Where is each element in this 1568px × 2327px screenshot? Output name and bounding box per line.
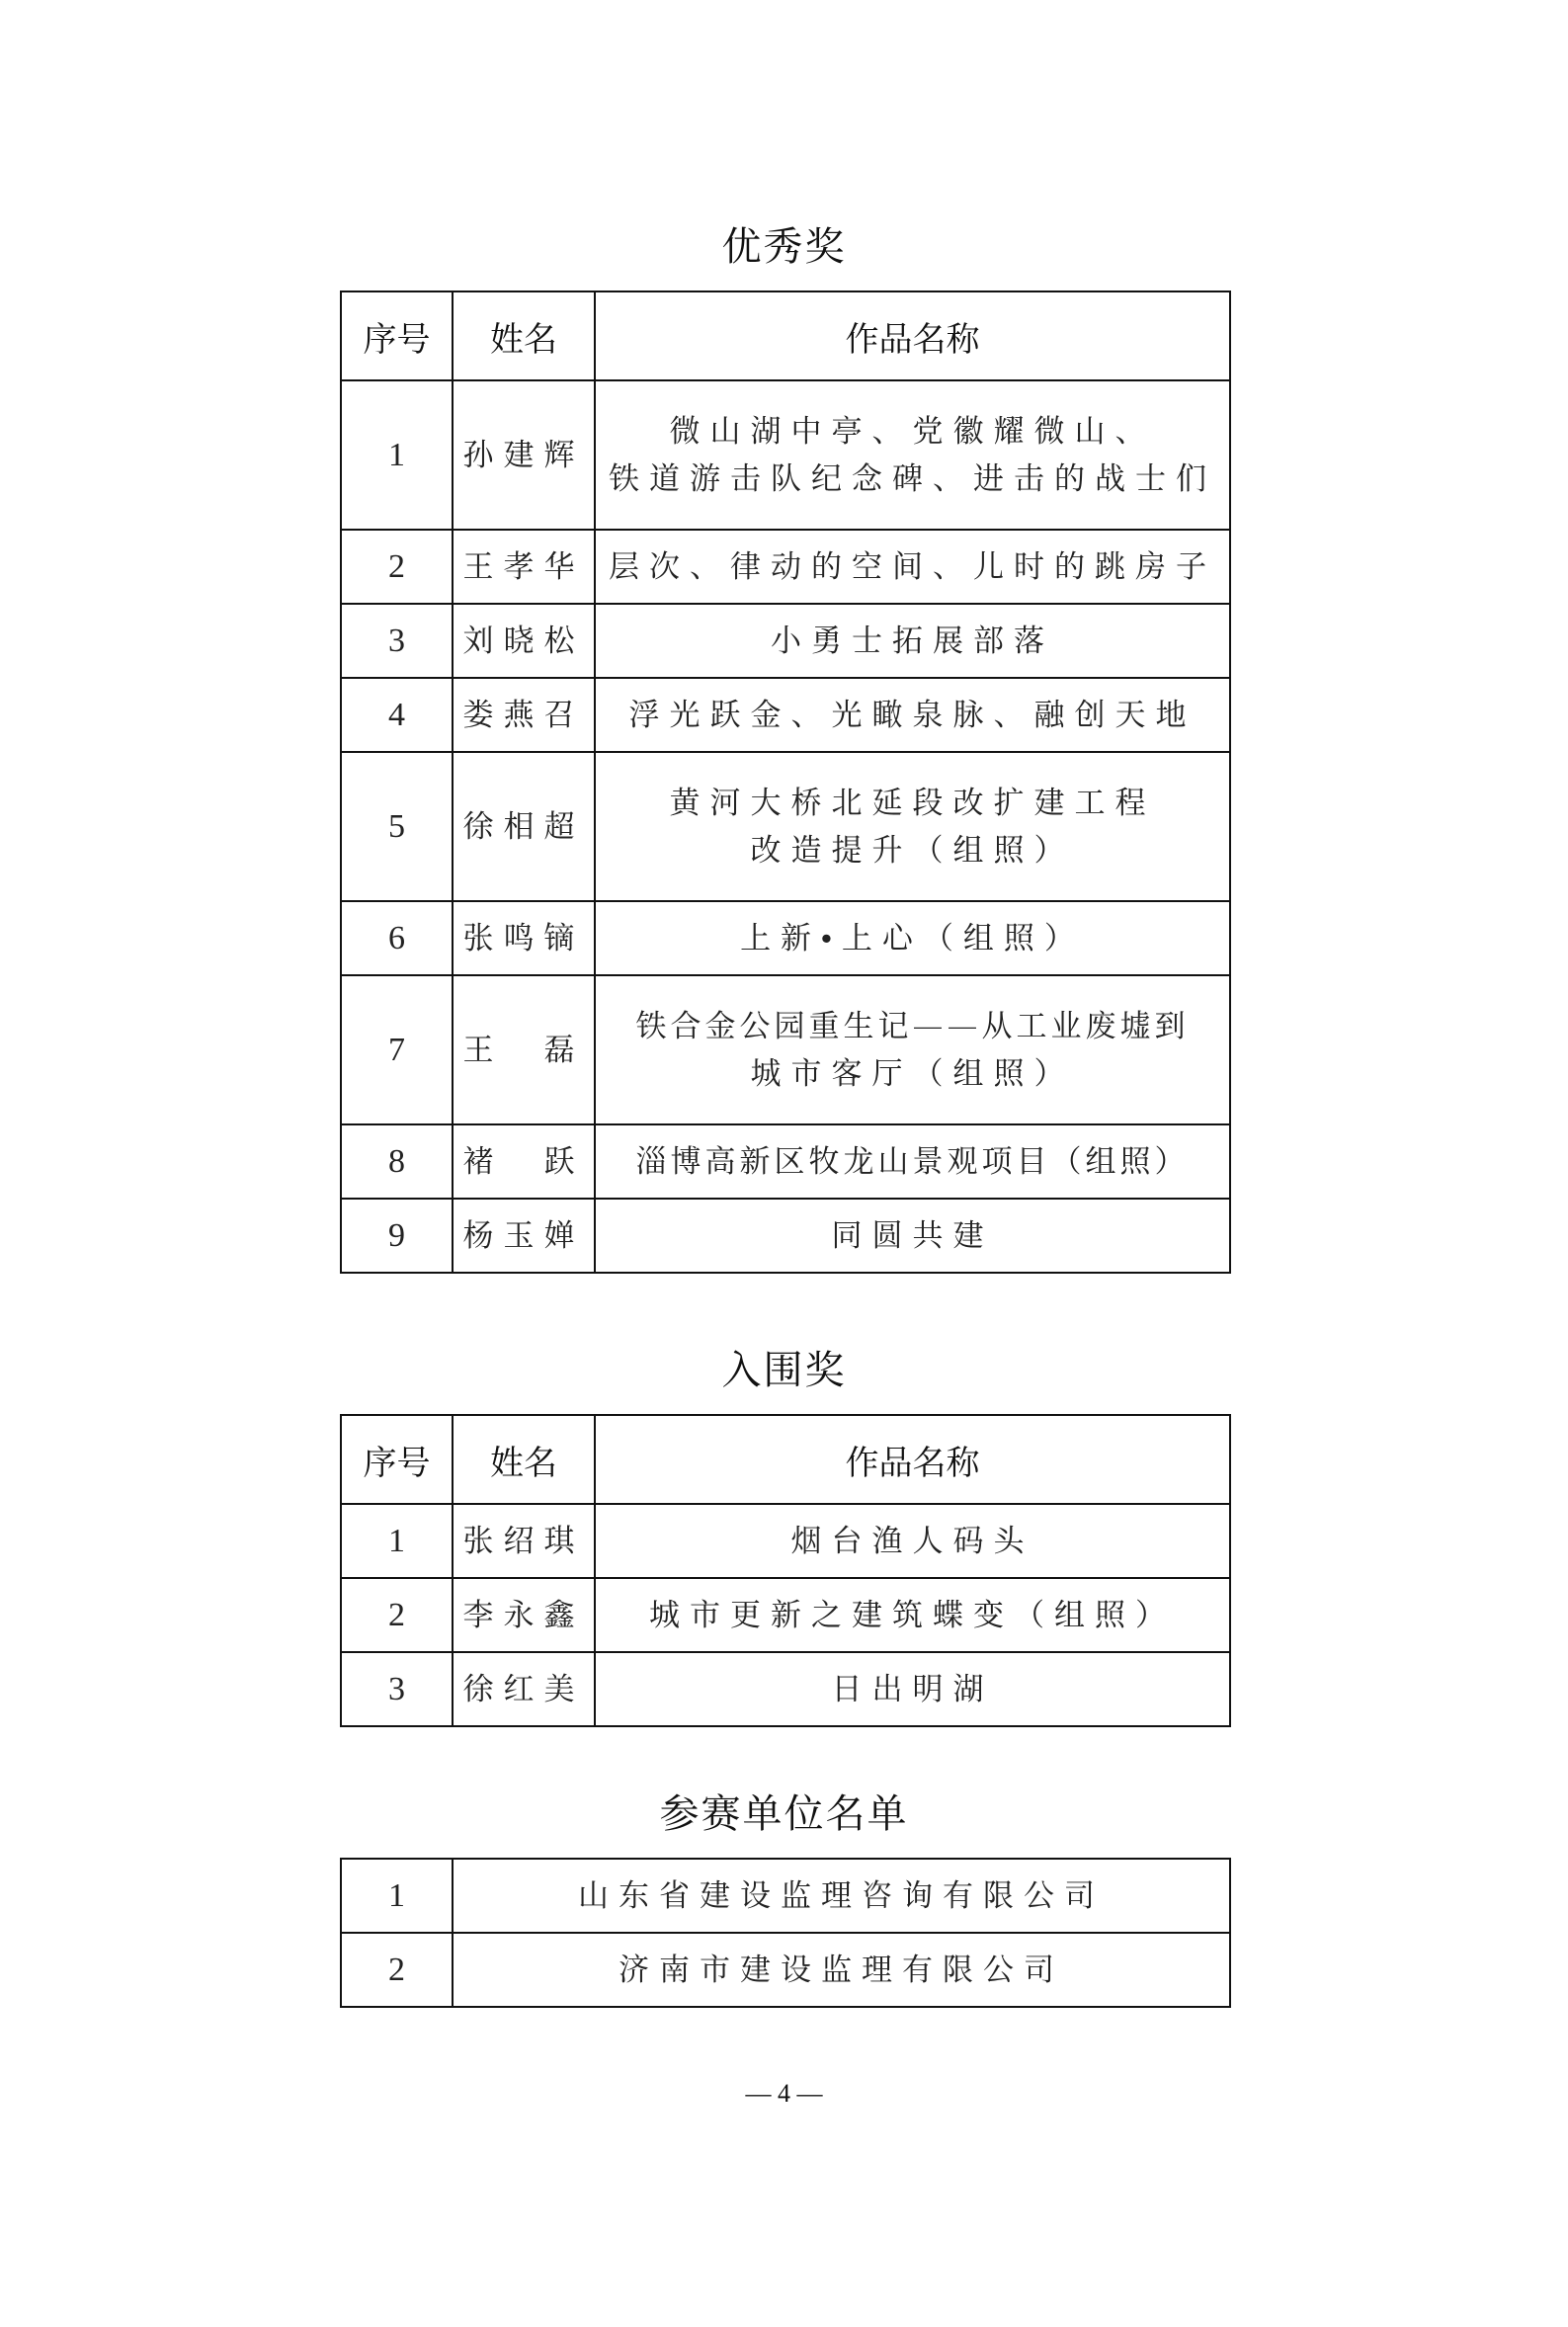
- row-number: 2: [341, 1578, 453, 1652]
- row-work-title: 浮光跃金、光瞰泉脉、融创天地: [595, 678, 1230, 752]
- table-row: 1 张绍琪 烟台渔人码头: [341, 1504, 1230, 1578]
- table-row: 9 杨玉婵 同圆共建: [341, 1199, 1230, 1273]
- row-name: 张绍琪: [453, 1504, 595, 1578]
- row-work-title: 淄博高新区牧龙山景观项目（组照）: [595, 1124, 1230, 1199]
- table-header-row: 序号 姓名 作品名称: [341, 291, 1230, 380]
- row-number: 5: [341, 752, 453, 901]
- row-work-title: 层次、律动的空间、儿时的跳房子: [595, 530, 1230, 604]
- row-name: 王 磊: [453, 975, 595, 1124]
- section-title-participants: 参赛单位名单: [0, 1790, 1568, 1838]
- work-title-line: 城市更新之建筑蝶变（组照）: [596, 1592, 1229, 1639]
- row-work-title: 日出明湖: [595, 1652, 1230, 1726]
- row-work-title: 小勇士拓展部落: [595, 604, 1230, 678]
- row-number: 7: [341, 975, 453, 1124]
- table-row: 2 王孝华 层次、律动的空间、儿时的跳房子: [341, 530, 1230, 604]
- row-work-title: 上新•上心（组照）: [595, 901, 1230, 975]
- table-row: 4 娄燕召 浮光跃金、光瞰泉脉、融创天地: [341, 678, 1230, 752]
- page-number: — 4 —: [0, 2079, 1568, 2109]
- section-title-excellence: 优秀奖: [0, 223, 1568, 271]
- row-name: 徐红美: [453, 1652, 595, 1726]
- row-number: 6: [341, 901, 453, 975]
- row-name: 李永鑫: [453, 1578, 595, 1652]
- table-row: 1 山东省建设监理咨询有限公司: [341, 1859, 1230, 1933]
- row-number: 1: [341, 380, 453, 530]
- work-title-line: 城市客厅（组照）: [596, 1050, 1229, 1098]
- row-work-title: 铁合金公园重生记——从工业废墟到 城市客厅（组照）: [595, 975, 1230, 1124]
- table-row: 2 李永鑫 城市更新之建筑蝶变（组照）: [341, 1578, 1230, 1652]
- table-header-row: 序号 姓名 作品名称: [341, 1415, 1230, 1504]
- work-title-line: 浮光跃金、光瞰泉脉、融创天地: [596, 692, 1229, 739]
- row-name: 王孝华: [453, 530, 595, 604]
- work-title-line: 改造提升（组照）: [596, 827, 1229, 874]
- finalist-award-table: 序号 姓名 作品名称 1 张绍琪 烟台渔人码头 2 李永鑫 城市更新之建筑蝶变（…: [340, 1414, 1231, 1727]
- table-row: 7 王 磊 铁合金公园重生记——从工业废墟到 城市客厅（组照）: [341, 975, 1230, 1124]
- row-work-title: 同圆共建: [595, 1199, 1230, 1273]
- excellence-award-table: 序号 姓名 作品名称 1 孙建辉 微山湖中亭、党徽耀微山、 铁道游击队纪念碑、进…: [340, 291, 1231, 1274]
- header-work-title: 作品名称: [595, 1415, 1230, 1504]
- work-title-line: 层次、律动的空间、儿时的跳房子: [596, 543, 1229, 591]
- row-work-title: 烟台渔人码头: [595, 1504, 1230, 1578]
- row-name: 杨玉婵: [453, 1199, 595, 1273]
- work-title-line: 黄河大桥北延段改扩建工程: [596, 780, 1229, 827]
- row-number: 3: [341, 1652, 453, 1726]
- work-title-line: 铁合金公园重生记——从工业废墟到: [596, 1003, 1229, 1050]
- row-name: 褚 跃: [453, 1124, 595, 1199]
- row-name: 刘晓松: [453, 604, 595, 678]
- table-row: 2 济南市建设监理有限公司: [341, 1933, 1230, 2007]
- row-unit-name: 山东省建设监理咨询有限公司: [453, 1859, 1230, 1933]
- row-unit-name: 济南市建设监理有限公司: [453, 1933, 1230, 2007]
- header-work-title: 作品名称: [595, 291, 1230, 380]
- work-title-line: 日出明湖: [596, 1666, 1229, 1713]
- work-title-line: 微山湖中亭、党徽耀微山、: [596, 408, 1229, 456]
- row-number: 8: [341, 1124, 453, 1199]
- work-title-line: 上新•上心（组照）: [596, 915, 1229, 962]
- work-title-line: 淄博高新区牧龙山景观项目（组照）: [596, 1138, 1229, 1186]
- work-title-line: 铁道游击队纪念碑、进击的战士们: [596, 456, 1229, 503]
- row-name: 张鸣镝: [453, 901, 595, 975]
- row-work-title: 黄河大桥北延段改扩建工程 改造提升（组照）: [595, 752, 1230, 901]
- header-number: 序号: [341, 291, 453, 380]
- row-work-title: 城市更新之建筑蝶变（组照）: [595, 1578, 1230, 1652]
- work-title-line: 同圆共建: [596, 1212, 1229, 1260]
- table-row: 8 褚 跃 淄博高新区牧龙山景观项目（组照）: [341, 1124, 1230, 1199]
- row-name: 娄燕召: [453, 678, 595, 752]
- header-name: 姓名: [453, 291, 595, 380]
- row-name: 孙建辉: [453, 380, 595, 530]
- header-name: 姓名: [453, 1415, 595, 1504]
- table-row: 1 孙建辉 微山湖中亭、党徽耀微山、 铁道游击队纪念碑、进击的战士们: [341, 380, 1230, 530]
- row-number: 9: [341, 1199, 453, 1273]
- section-title-finalist: 入围奖: [0, 1347, 1568, 1394]
- table-row: 6 张鸣镝 上新•上心（组照）: [341, 901, 1230, 975]
- header-number: 序号: [341, 1415, 453, 1504]
- work-title-line: 小勇士拓展部落: [596, 618, 1229, 665]
- table-row: 3 徐红美 日出明湖: [341, 1652, 1230, 1726]
- row-work-title: 微山湖中亭、党徽耀微山、 铁道游击队纪念碑、进击的战士们: [595, 380, 1230, 530]
- row-number: 1: [341, 1504, 453, 1578]
- row-number: 1: [341, 1859, 453, 1933]
- row-number: 2: [341, 530, 453, 604]
- row-number: 2: [341, 1933, 453, 2007]
- participants-table: 1 山东省建设监理咨询有限公司 2 济南市建设监理有限公司: [340, 1858, 1231, 2008]
- work-title-line: 烟台渔人码头: [596, 1518, 1229, 1565]
- table-row: 5 徐相超 黄河大桥北延段改扩建工程 改造提升（组照）: [341, 752, 1230, 901]
- row-number: 3: [341, 604, 453, 678]
- row-name: 徐相超: [453, 752, 595, 901]
- row-number: 4: [341, 678, 453, 752]
- table-row: 3 刘晓松 小勇士拓展部落: [341, 604, 1230, 678]
